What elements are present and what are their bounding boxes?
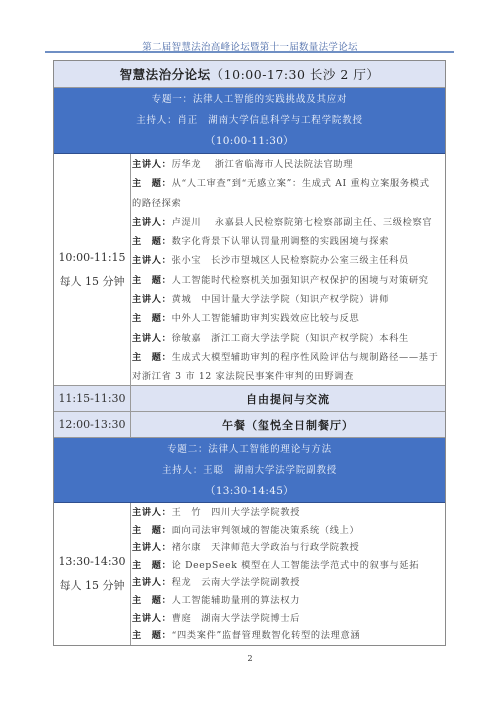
page-number: 2 [0,654,500,663]
lunch-row: 12:00-13:30 午餐（玺悦全日制餐厅） [54,412,445,438]
lunch-label: 午餐（玺悦全日制餐厅） [131,412,445,437]
talk-line: 主 题：数字化背景下认罪认罚量刑调整的实践困境与探索 [132,232,445,251]
talk-line: 主讲人：褚尔康 天津师范大学政治与行政学院教授 [132,539,445,557]
session2-topic: 专题二：法律人工智能的理论与方法 [167,439,332,460]
lunch-time: 12:00-13:30 [58,412,125,438]
talk-line: 主 题：面向司法审判领域的智能决策系统（线上） [132,522,445,540]
forum-name: 智慧法治分论坛 [120,65,211,83]
session1-time: （10:00-11:30） [205,131,294,152]
session1-slot-note: 每人 15 分钟 [60,270,125,294]
talk-line: 主讲人：黄城 中国计量大学法学院（知识产权学院）讲师 [132,290,445,309]
schedule-table: 智慧法治分论坛（10:00-17:30 长沙 2 厅） 专题一：法律人工智能的实… [53,60,446,646]
talk-line: 主 题：人工智能时代检察机关加强知识产权保护的困境与对策研究 [132,271,445,290]
qa-row: 11:15-11:30 自由提问与交流 [54,386,445,412]
talk-line: 主 题：生成式大模型辅助审判的程序性风险评估与规制路径——基于 [132,348,445,367]
forum-time-venue: （10:00-17:30 长沙 2 厅） [211,65,380,83]
talk-line: 主讲人：张小宝 长沙市望城区人民检察院办公室三级主任科员 [132,251,445,270]
qa-time: 11:15-11:30 [58,386,125,412]
session1-topic-band: 专题一：法律人工智能的实践挑战及其应对 主持人：肖正 湖南大学信息科学与工程学院… [54,88,445,154]
header-divider [45,51,454,53]
talk-line: 的路径探索 [132,194,445,213]
talk-line: 主 题：“四类案件”监督管理数智化转型的法理意涵 [132,627,445,645]
lunch-time-cell: 12:00-13:30 [54,412,131,437]
session1-slot-time-cell: 10:00-11:15 每人 15 分钟 [54,154,131,385]
talk-line: 主讲人：厉华龙 浙江省临海市人民法院法官助理 [132,155,445,174]
session2-slot-note: 每人 15 分钟 [60,574,125,598]
talk-line: 主讲人：卢湜川 永嘉县人民检察院第七检察部副主任、三级检察官 [132,213,445,232]
session1-talk-list: 主讲人：厉华龙 浙江省临海市人民法院法官助理 主 题：从“人工审查”到“无感立案… [131,154,445,385]
session2-slot-time: 13:30-14:30 [58,550,125,574]
forum-title-row: 智慧法治分论坛（10:00-17:30 长沙 2 厅） [54,61,445,88]
session2-slot-time-cell: 13:30-14:30 每人 15 分钟 [54,503,131,645]
talk-line: 主 题：人工智能辅助量刑的算法权力 [132,592,445,610]
talk-line: 主 题：从“人工审查”到“无感立案”：生成式 AI 重构立案服务模式 [132,174,445,193]
talk-line: 主 题：中外人工智能辅助审判实践效应比较与反思 [132,309,445,328]
session1-topic: 专题一：法律人工智能的实践挑战及其应对 [152,89,348,110]
session1-host: 主持人：肖正 湖南大学信息科学与工程学院教授 [136,110,363,131]
talk-line: 主讲人：徐敏嘉 浙江工商大学法学院（知识产权学院）本科生 [132,329,445,348]
session1-talks-row: 10:00-11:15 每人 15 分钟 主讲人：厉华龙 浙江省临海市人民法院法… [54,154,445,386]
qa-time-cell: 11:15-11:30 [54,386,131,411]
talk-line: 对浙江省 3 市 12 家法院民事案件审判的田野调查 [132,367,445,386]
qa-label: 自由提问与交流 [131,386,445,411]
talk-line: 主讲人：曹庭 湖南大学法学院博士后 [132,610,445,628]
session1-slot-time: 10:00-11:15 [58,246,125,270]
session2-host: 主持人：王聪 湖南大学法学院副教授 [162,460,337,481]
talk-line: 主 题：论 DeepSeek 模型在人工智能法学范式中的叙事与延拓 [132,557,445,575]
session2-time: （13:30-14:45） [205,481,294,502]
session2-topic-band: 专题二：法律人工智能的理论与方法 主持人：王聪 湖南大学法学院副教授 （13:3… [54,438,445,503]
talk-line: 主讲人：王 竹 四川大学法学院教授 [132,504,445,522]
session2-talks-row: 13:30-14:30 每人 15 分钟 主讲人：王 竹 四川大学法学院教授 主… [54,503,445,645]
session2-talk-list: 主讲人：王 竹 四川大学法学院教授 主 题：面向司法审判领域的智能决策系统（线上… [131,503,445,645]
talk-line: 主讲人：程龙 云南大学法学院副教授 [132,574,445,592]
